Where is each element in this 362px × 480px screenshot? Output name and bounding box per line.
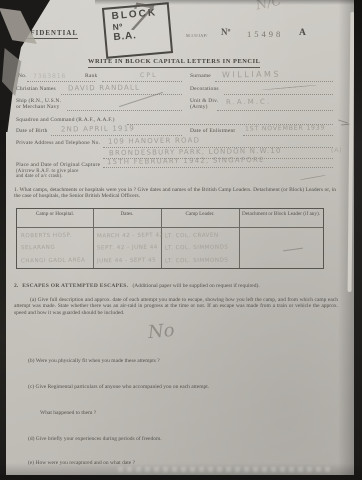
- question-1: 1. What camps, detachments or hospitals …: [14, 187, 336, 200]
- form-title: WRITE IN BLOCK CAPITAL LETTERS IN PENCIL: [88, 58, 260, 68]
- question-2b: (b) Were you physically fit when you mad…: [28, 358, 160, 364]
- table-row-leader: LT. COL. CRAVEN: [165, 233, 219, 241]
- photo-bottom-shadow: [0, 463, 362, 475]
- col-header-block-leader: Detachment or Block Leader (if any).: [241, 212, 321, 218]
- photo-right-edge: [354, 0, 362, 480]
- table-row-camp: SELARANG: [21, 245, 55, 252]
- capture-line: [103, 166, 333, 168]
- table-row-dates: SEPT. 42 - JUNE 44: [97, 245, 158, 253]
- address-value-line1: 109 HANOVER ROAD: [108, 137, 200, 145]
- christian-names-label: Christian Names: [16, 86, 56, 92]
- answer-no: No: [147, 321, 175, 343]
- table-row-camp: ROBERTS HOSP.: [21, 233, 72, 241]
- ship-label-line2: or Merchant Navy: [16, 104, 60, 110]
- number-label: No.: [18, 73, 27, 79]
- ref-serial-number: 15498: [247, 30, 283, 39]
- ref-letter: A: [299, 28, 306, 38]
- camps-table: Camp or Hospital. Dates. Camp Leader. De…: [16, 208, 324, 269]
- col-header-dates: Dates.: [93, 212, 161, 218]
- surname-line: [215, 80, 333, 82]
- question-2a: (a) Give full description and approx. da…: [14, 297, 338, 316]
- table-divider: [93, 209, 94, 268]
- unit-value: R.A.M.C.: [226, 99, 271, 107]
- ref-prefix: M.I.9/JAP/: [186, 33, 208, 38]
- question-2c: (c) Give Regimental particulars of anyon…: [28, 384, 209, 390]
- col-header-leader: Camp Leader.: [161, 212, 239, 218]
- decorations-label: Decorations: [190, 86, 219, 92]
- ship-line: [67, 109, 182, 111]
- enlistment-value: 1ST NOVEMBER 1939: [245, 124, 325, 132]
- col-header-camp: Camp or Hospital.: [17, 212, 93, 218]
- table-row-dates: MARCH 42 - SEPT 42: [97, 233, 164, 241]
- question-2c-followup: What happened to them ?: [40, 410, 96, 416]
- rank-line: [102, 80, 182, 82]
- number-line: [27, 80, 95, 82]
- unit-label-line2: (Army): [190, 104, 208, 110]
- rank-label: Rank: [85, 73, 97, 79]
- surname-value: WILLIAMS: [222, 71, 281, 79]
- capture-sub2: and date of a/c crash).: [16, 174, 63, 180]
- unit-line: [217, 109, 333, 111]
- section-2-heading: ESCAPES OR ATTEMPTED ESCAPES.: [22, 283, 128, 289]
- christian-names-line: [61, 93, 182, 95]
- dob-label: Date of Birth: [16, 128, 48, 134]
- number-value: 7363816: [33, 73, 66, 80]
- question-2d: (d) Give briefly your experiences during…: [28, 436, 162, 442]
- rank-value: CPL: [140, 72, 158, 79]
- christian-names-value: DAVID RANDALL: [68, 84, 140, 92]
- scanned-pow-form-photo: CONFIDENTIAL BLOCK Nº B.A. 7 M.I.9/JAP/ …: [0, 0, 362, 480]
- address-label: Private Address and Telephone No.: [16, 140, 100, 146]
- table-divider: [239, 209, 240, 268]
- enlistment-label: Date of Enlistment: [190, 128, 235, 134]
- table-row-dates: JUNE 44 - SEPT 45: [97, 258, 156, 266]
- ref-no-label: Nº: [221, 28, 230, 37]
- table-row-leader: LT. COL. SIMMONDS: [165, 258, 229, 266]
- table-header-rule: [17, 227, 323, 228]
- table-row-leader: LT. COL. SIMMONDS: [165, 245, 229, 253]
- dob-line: [51, 134, 182, 136]
- decorations-line: [224, 93, 333, 95]
- photo-left-edge: [0, 120, 6, 480]
- table-row-camp: CHANGI GAOL AREA: [21, 258, 85, 266]
- photo-top-shadow: [95, 0, 355, 5]
- pencil-dash: [283, 248, 303, 252]
- section-2-heading-note: (Additional paper will be supplied on re…: [132, 283, 259, 289]
- photo-bottom-edge: [0, 475, 362, 480]
- dob-value: 2ND APRIL 1919: [61, 125, 135, 133]
- section-2-number: 2.: [14, 283, 18, 289]
- squadron-label: Squadron and Command (R.A.F., A.A.F.): [16, 117, 115, 123]
- surname-label: Surname: [190, 73, 211, 79]
- enlistment-line: [243, 134, 333, 136]
- capture-label: Place and Date of Original Capture: [16, 162, 100, 168]
